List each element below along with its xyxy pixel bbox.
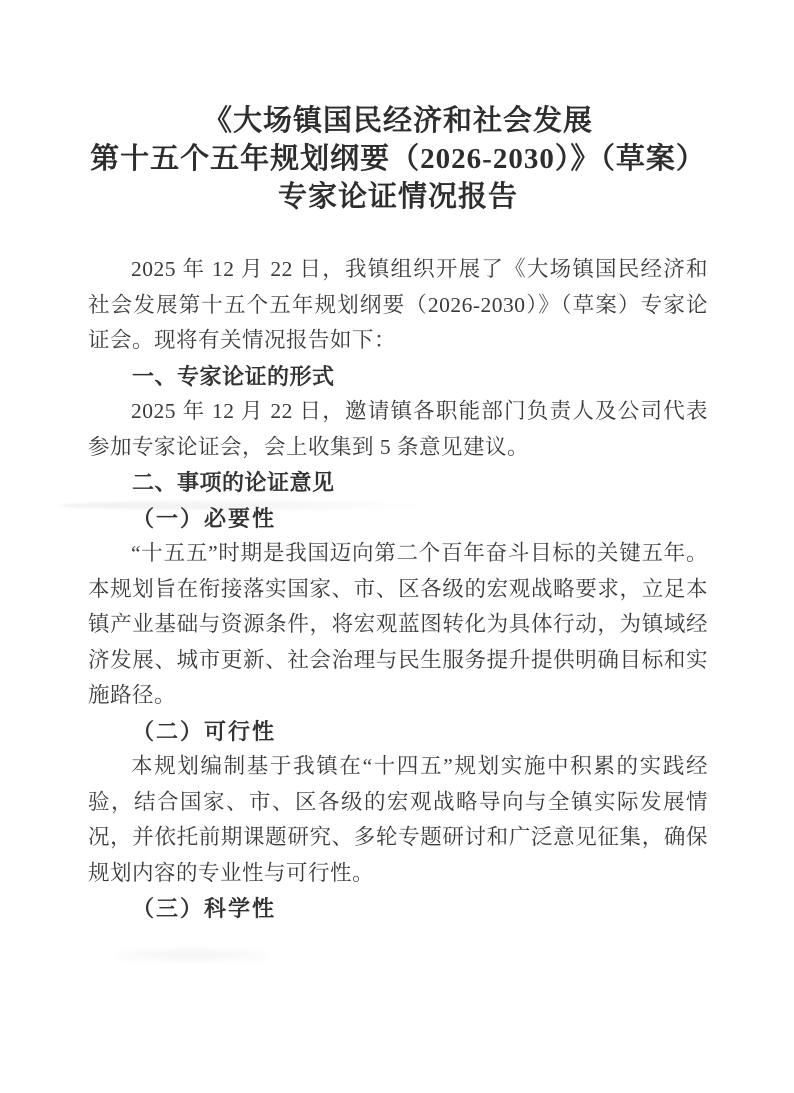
subheading-feasibility: （二）可行性 <box>88 714 708 750</box>
title-line-3: 专家论证情况报告 <box>88 178 708 216</box>
document-page: 《大场镇国民经济和社会发展 第十五个五年规划纲要（2026-2030）》（草案）… <box>0 0 794 1093</box>
paragraph-intro: 2025 年 12 月 22 日，我镇组织开展了《大场镇国民经济和社会发展第十五… <box>88 252 708 359</box>
document-content: 《大场镇国民经济和社会发展 第十五个五年规划纲要（2026-2030）》（草案）… <box>88 102 708 927</box>
section-heading-1: 一、专家论证的形式 <box>88 359 708 395</box>
section-heading-2: 二、事项的论证意见 <box>88 465 708 501</box>
paragraph-feasibility: 本规划编制基于我镇在“十四五”规划实施中积累的实践经验，结合国家、市、区各级的宏… <box>88 749 708 891</box>
title-line-2: 第十五个五年规划纲要（2026-2030）》（草案） <box>88 140 708 178</box>
document-title: 《大场镇国民经济和社会发展 第十五个五年规划纲要（2026-2030）》（草案）… <box>88 102 708 216</box>
paragraph-necessity: “十五五”时期是我国迈向第二个百年奋斗目标的关键五年。本规划旨在衔接落实国家、市… <box>88 536 708 714</box>
subheading-necessity: （一）必要性 <box>88 501 708 537</box>
title-line-1: 《大场镇国民经济和社会发展 <box>88 102 708 140</box>
paragraph-section-1: 2025 年 12 月 22 日，邀请镇各职能部门负责人及公司代表参加专家论证会… <box>88 394 708 465</box>
scan-smudge-artifact <box>118 948 268 962</box>
subheading-scientificity: （三）科学性 <box>88 891 708 927</box>
